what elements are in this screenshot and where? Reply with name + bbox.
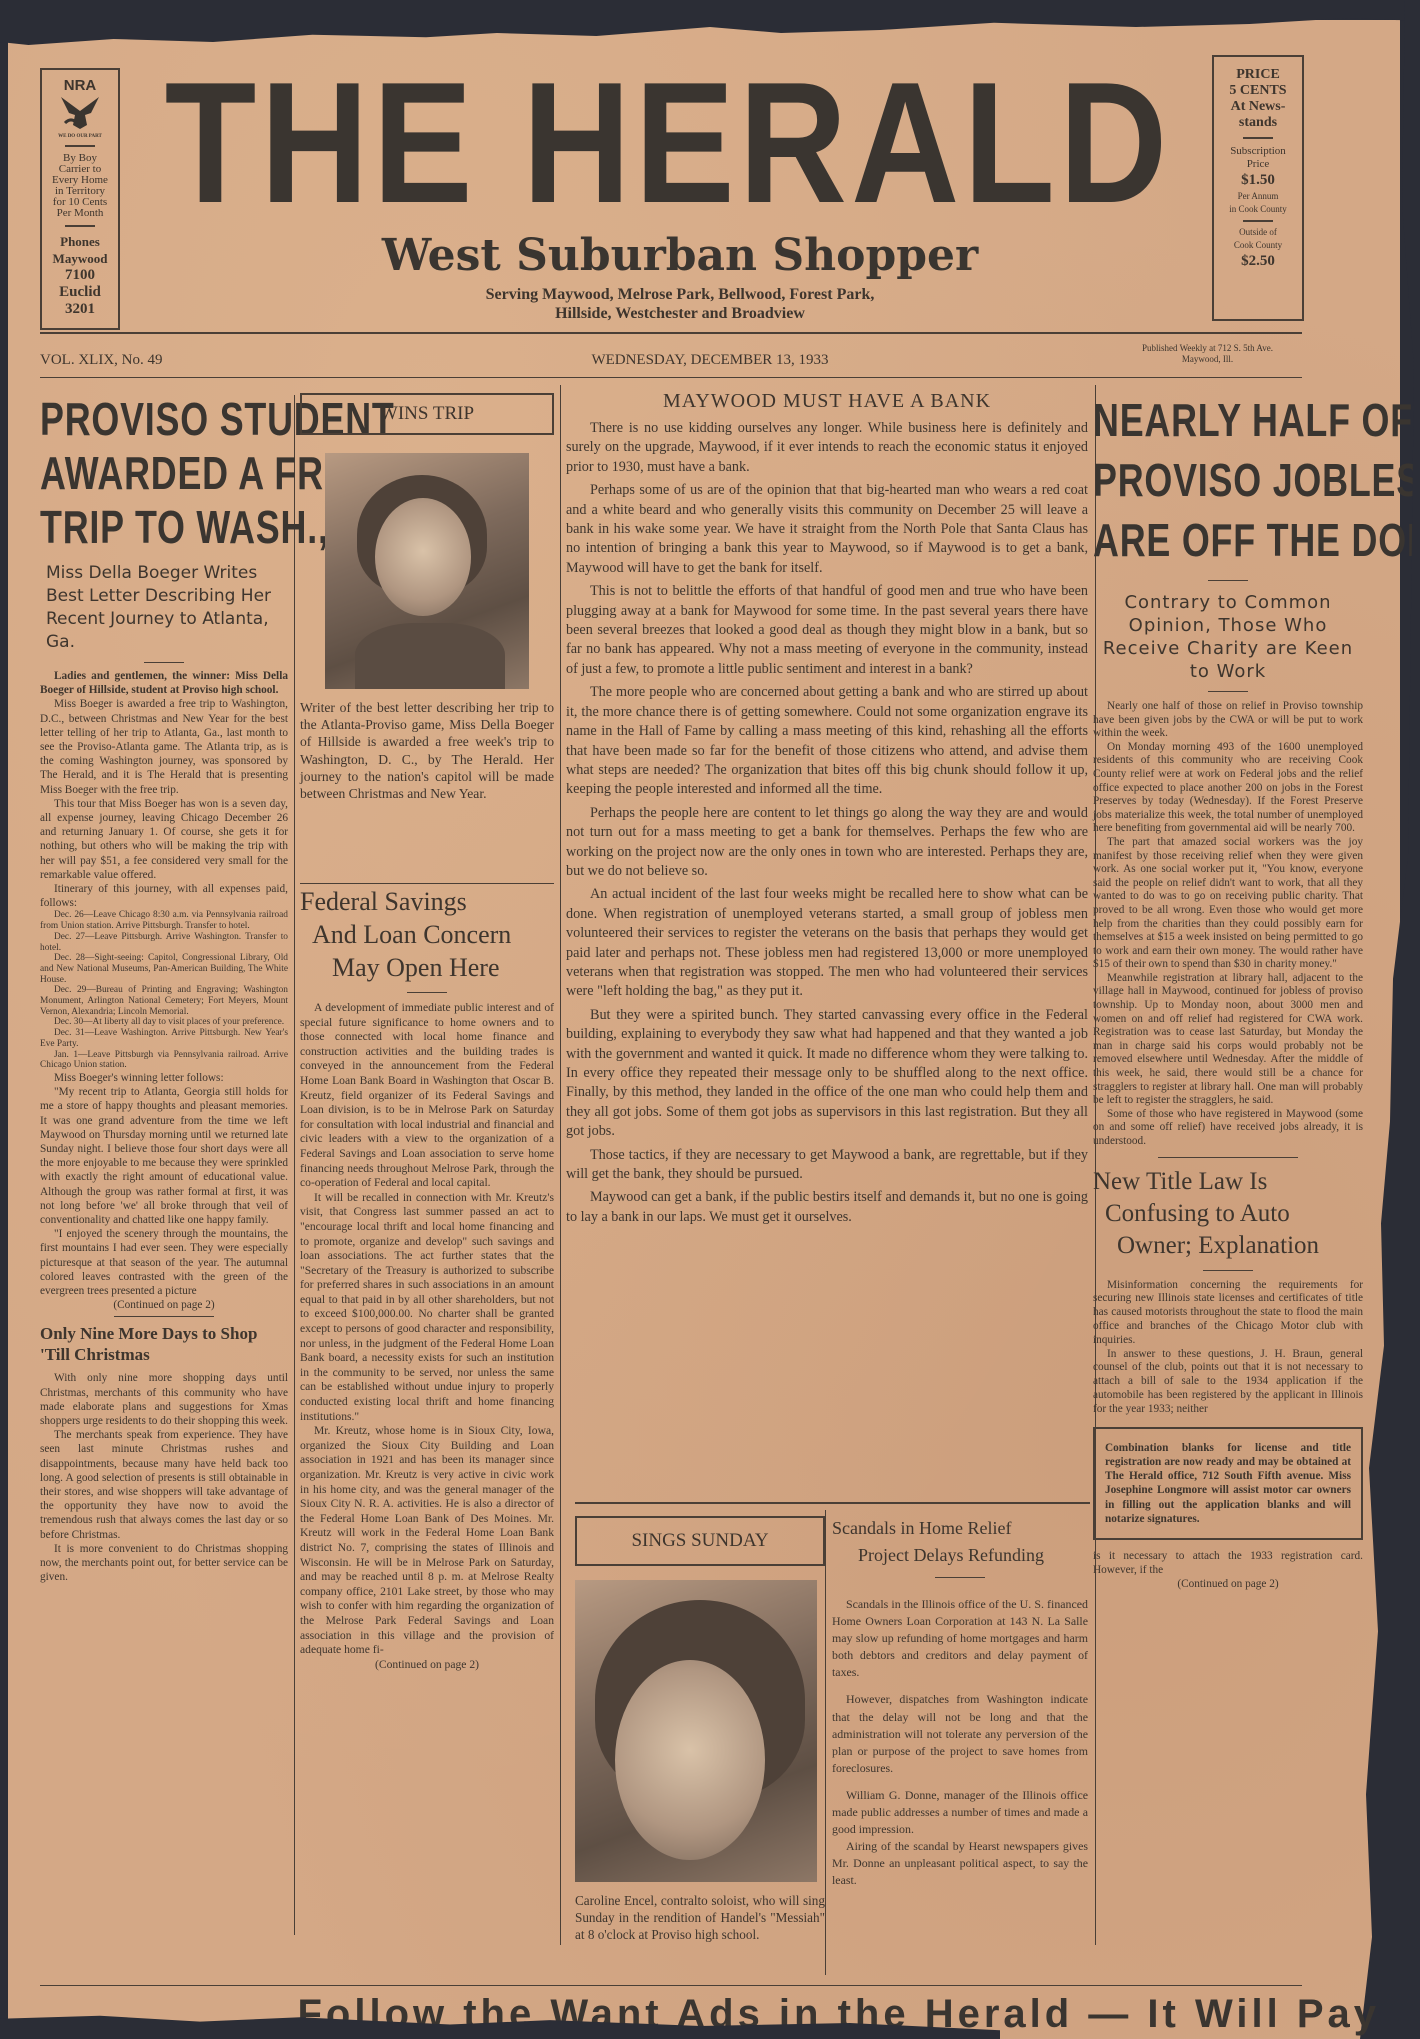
continued-note[interactable]: (Continued on page 2) <box>1093 1578 1363 1592</box>
article-title-law: New Title Law Is Confusing to Auto Owner… <box>1093 1166 1363 1592</box>
deck: Contrary to Common Opinion, Those Who Re… <box>1093 591 1363 683</box>
headline: MAYWOOD MUST HAVE A BANK <box>566 390 1088 413</box>
article-nine-days: Only Nine More Days to Shop 'Till Christ… <box>40 1323 288 1584</box>
headline: Only Nine More Days to Shop 'Till Christ… <box>40 1323 288 1365</box>
wins-trip-feature: WINS TRIP Writer of the best letter desc… <box>300 393 554 802</box>
delivery-note: By BoyCarrier toEvery Homein Territoryfo… <box>42 153 118 219</box>
newsstand-price: PRICE5 CENTSAt News-stands <box>1214 67 1302 131</box>
phones: PhonesMaywood7100Euclid3201 <box>42 233 118 318</box>
volume-number: VOL. XLIX, No. 49 <box>40 352 162 369</box>
feature-label: WINS TRIP <box>300 393 554 435</box>
nra-eagle-icon: NRA <box>57 78 103 134</box>
headline: Federal Savings And Loan Concern May Ope… <box>300 885 554 984</box>
notice-box: Combination blanks for license and title… <box>1093 1427 1363 1541</box>
photo-caption: Caroline Encel, contralto soloist, who w… <box>575 1892 825 1943</box>
deck: Miss Della Boeger Writes Best Letter Des… <box>46 562 288 654</box>
headline: PROVISO STUDENTAWARDED A FREETRIP TO WAS… <box>40 392 290 554</box>
article-federal-savings: Federal Savings And Loan Concern May Ope… <box>300 885 554 1672</box>
publisher-address: Published Weekly at 712 S. 5th Ave.Maywo… <box>1110 343 1305 365</box>
article-jobless: NEARLY HALF OFPROVISO JOBLESSARE OFF THE… <box>1093 390 1363 1592</box>
issue-date: WEDNESDAY, DECEMBER 13, 1933 <box>460 352 960 369</box>
article-scandals: Scandals in Home Relief Project Delays R… <box>832 1515 1088 1890</box>
sings-sunday-feature: SINGS SUNDAY Caroline Encel, contralto s… <box>575 1516 825 1943</box>
subscription-price: Subscription Price $1.50 Per Annum in Co… <box>1214 145 1302 271</box>
headline: Scandals in Home Relief Project Delays R… <box>832 1515 1088 1569</box>
article-body: Ladies and gentlemen, the winner: Miss D… <box>40 669 288 1312</box>
right-ear-box: PRICE5 CENTSAt News-stands Subscription … <box>1212 55 1304 321</box>
editorial-maywood-bank: MAYWOOD MUST HAVE A BANK There is no use… <box>566 390 1088 1231</box>
masthead-title: THE HERALD <box>138 56 1198 229</box>
serving-line: Serving Maywood, Melrose Park, Bellwood,… <box>300 285 1060 323</box>
masthead-subtitle: West Suburban Shopper <box>300 230 1060 281</box>
photo-caption: Writer of the best letter describing her… <box>300 699 554 802</box>
portrait-photo <box>325 453 529 689</box>
left-ear-box: NRA WE DO OUR PART By BoyCarrier toEvery… <box>40 68 120 330</box>
headline: New Title Law Is Confusing to Auto Owner… <box>1093 1166 1363 1262</box>
feature-label: SINGS SUNDAY <box>575 1516 825 1566</box>
headline: NEARLY HALF OFPROVISO JOBLESSARE OFF THE… <box>1093 390 1350 570</box>
continued-note[interactable]: (Continued on page 2) <box>40 1298 288 1312</box>
portrait-photo <box>575 1580 817 1882</box>
article-proviso-student: PROVISO STUDENTAWARDED A FREETRIP TO WAS… <box>40 392 288 1585</box>
continued-note[interactable]: (Continued on page 2) <box>300 1658 554 1673</box>
editorial-body: There is no use kidding ourselves any lo… <box>566 419 1088 1227</box>
